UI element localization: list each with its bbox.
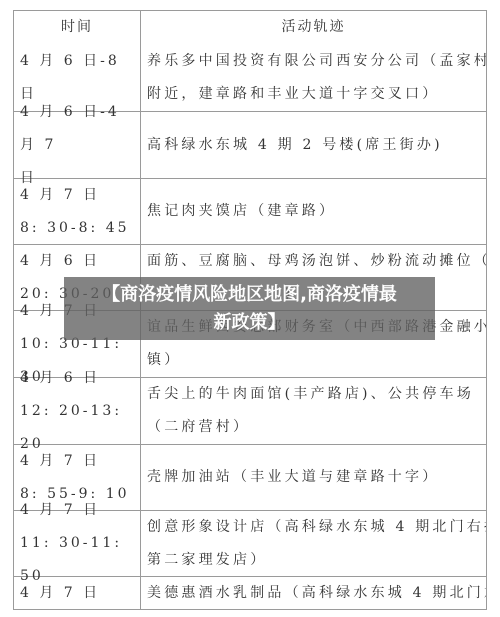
activity-text: 舌尖上的牛肉面馆(丰产路店)、公共停车场: [147, 378, 482, 411]
time-text: 4 月 7 日: [20, 445, 140, 478]
activity-text: （二府营村）: [147, 411, 482, 444]
time-text: 4 月 6 日: [20, 245, 140, 278]
activity-cell: 舌尖上的牛肉面馆(丰产路店)、公共停车场（二府营村）: [141, 378, 486, 444]
activity-cell: 高科绿水东城 4 期 2 号楼(席王街办): [141, 112, 486, 178]
time-cell: 4 月 7 日11: 30-11: 50: [14, 511, 141, 576]
time-text: 8: 30-8: 45: [20, 212, 140, 245]
activity-text: 壳牌加油站（丰业大道与建章路十字）: [147, 461, 482, 494]
activity-text: 镇）: [147, 344, 482, 377]
time-cell: 4 月 7 日: [14, 577, 141, 609]
time-text: 4 月 7 日: [20, 494, 140, 527]
time-cell: 4 月 6 日-4 月 7日: [14, 112, 141, 178]
table-row: 4 月 6 日-4 月 7日高科绿水东城 4 期 2 号楼(席王街办): [14, 111, 486, 178]
header-activity: 活动轨迹: [141, 11, 486, 44]
table-row: 4 月 7 日美德惠酒水乳制品（高科绿水东城 4 期北门左: [14, 576, 486, 609]
time-text: 4 月 7 日: [20, 179, 140, 212]
activity-text: 养乐多中国投资有限公司西安分公司（孟家村: [147, 45, 482, 78]
time-text: 4 月 6 日: [20, 362, 140, 395]
activity-cell: 壳牌加油站（丰业大道与建章路十字）: [141, 445, 486, 510]
activity-cell: 焦记肉夹馍店（建章路）: [141, 179, 486, 244]
time-text: 4 月 7 日: [20, 577, 140, 610]
activity-cell: 养乐多中国投资有限公司西安分公司（孟家村附近，建章路和丰业大道十字交叉口）: [141, 44, 486, 111]
activity-text: 美德惠酒水乳制品（高科绿水东城 4 期北门左: [147, 577, 482, 609]
header-time: 时间: [14, 11, 141, 44]
activity-cell: 美德惠酒水乳制品（高科绿水东城 4 期北门左: [141, 577, 486, 609]
activity-cell: 创意形象设计店（高科绿水东城 4 期北门右拐第二家理发店）: [141, 511, 486, 576]
activity-text: 焦记肉夹馍店（建章路）: [147, 195, 482, 228]
time-cell: 4 月 7 日8: 30-8: 45: [14, 179, 141, 244]
activity-text: 第二家理发店）: [147, 544, 482, 577]
time-text: 4 月 6 日-4 月 7: [20, 96, 140, 162]
headline-line-2: 新政策】: [68, 309, 431, 337]
headline-line-1: 【商洛疫情风险地区地图,商洛疫情最: [68, 281, 431, 309]
table-row: 4 月 7 日11: 30-11: 50创意形象设计店（高科绿水东城 4 期北门…: [14, 510, 486, 576]
time-cell: 4 月 6 日12: 20-13: 20: [14, 378, 141, 444]
table-row: 4 月 6 日12: 20-13: 20舌尖上的牛肉面馆(丰产路店)、公共停车场…: [14, 377, 486, 444]
table-row: 4 月 7 日8: 30-8: 45焦记肉夹馍店（建章路）: [14, 178, 486, 244]
headline-banner[interactable]: 【商洛疫情风险地区地图,商洛疫情最 新政策】: [64, 277, 435, 340]
activity-text: 面筋、豆腐脑、母鸡汤泡饼、炒粉流动摊位（高: [147, 245, 482, 278]
table-header-row: 时间 活动轨迹: [14, 11, 486, 44]
activity-text: 附近，建章路和丰业大道十字交叉口）: [147, 78, 482, 111]
activity-text: 创意形象设计店（高科绿水东城 4 期北门右拐: [147, 511, 482, 544]
activity-text: 高科绿水东城 4 期 2 号楼(席王街办): [147, 129, 482, 162]
